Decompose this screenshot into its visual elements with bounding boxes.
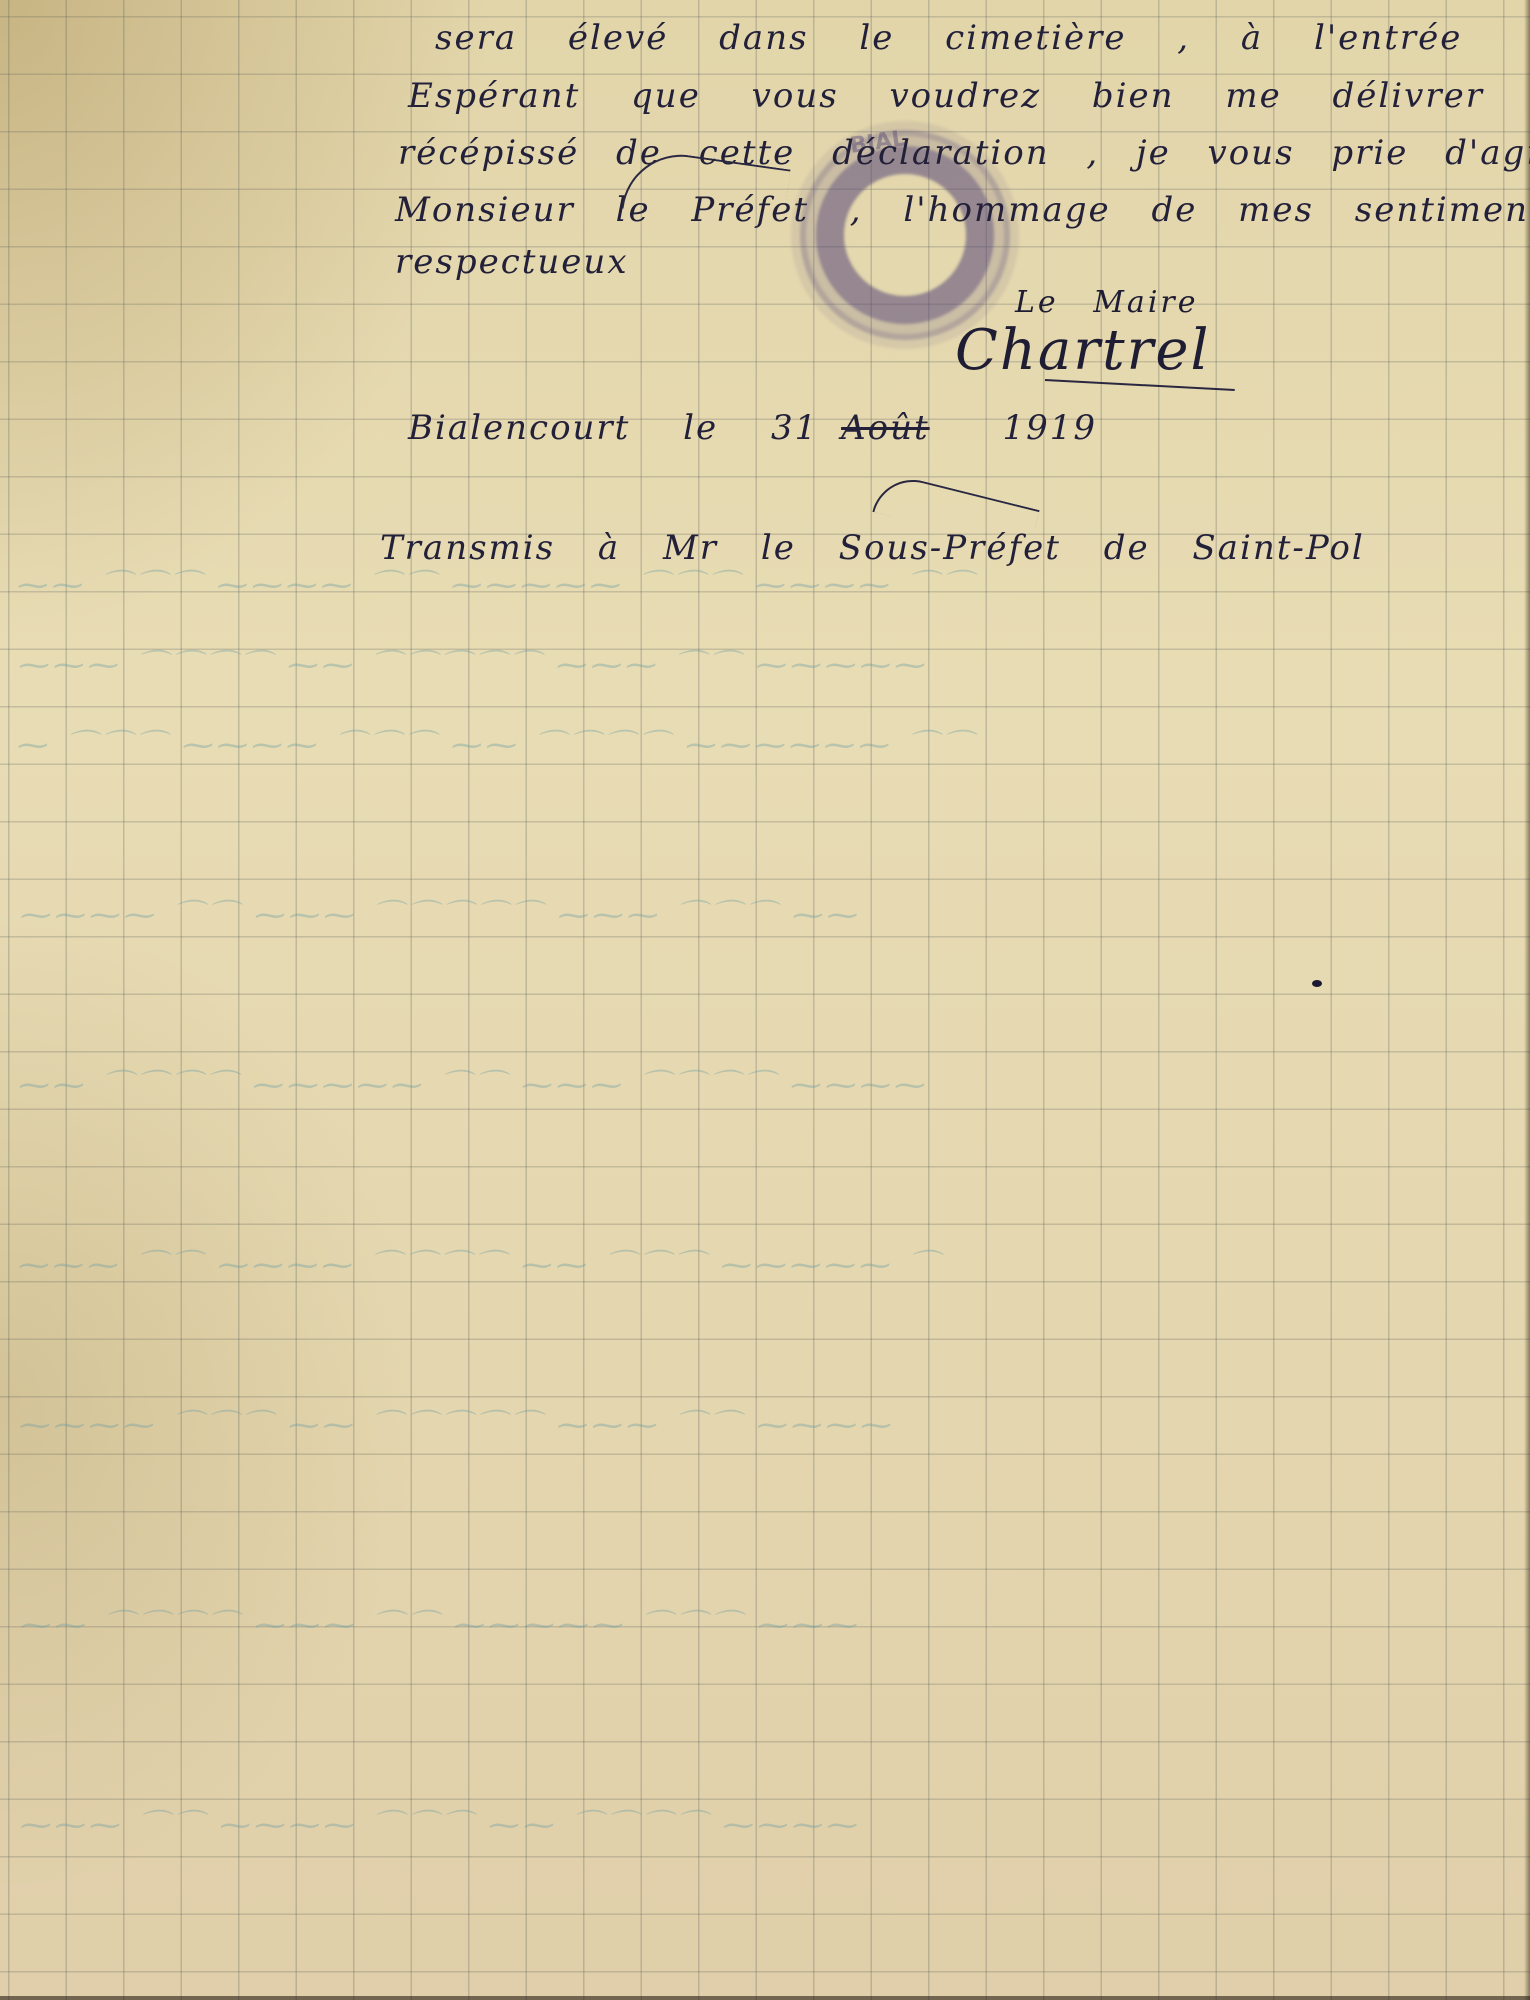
dateline-year: 1919: [1002, 408, 1097, 448]
bleed-through-text: ⁓⁓ ⌒⌒⌒⌒ ⁓⁓⁓⁓⁓ ⌒⌒ ⁓⁓⁓ ⌒⌒⌒⌒ ⁓⁓⁓⁓: [18, 1060, 929, 1104]
body-line-1: sera élevé dans le cimetière , à l'entré…: [435, 18, 1462, 58]
grid-lines: [0, 0, 1530, 2000]
bleed-through-text: ⁓⁓⁓ ⌒⌒ ⁓⁓⁓⁓ ⌒⌒⌒ ⁓⁓ ⌒⌒⌒⌒ ⁓⁓⁓⁓: [20, 1800, 861, 1844]
closing-title: Le Maire: [1015, 285, 1199, 320]
bleed-through-text: ⁓⁓⁓ ⌒⌒⌒⌒ ⁓⁓ ⌒⌒⌒⌒⌒ ⁓⁓⁓ ⌒⌒ ⁓⁓⁓⁓⁓: [18, 640, 929, 684]
page-bottom-edge: [0, 1996, 1530, 2000]
ink-spot: [1312, 980, 1322, 987]
bleed-through-text: ⁓⁓ ⌒⌒⌒⌒ ⁓⁓⁓ ⌒⌒ ⁓⁓⁓⁓⁓ ⌒⌒⌒ ⁓⁓⁓: [20, 1600, 861, 1644]
body-line-2: Espérant que vous voudrez bien me délivr…: [408, 76, 1530, 116]
transmittal-note: Transmis à Mr le Sous-Préfet de Saint-Po…: [380, 528, 1365, 568]
body-line-3: récépissé de cette déclaration , je vous…: [398, 133, 1530, 173]
body-line-5: respectueux: [395, 242, 629, 282]
bleed-through-text: ⁓⁓⁓⁓ ⌒⌒ ⁓⁓⁓ ⌒⌒⌒⌒⌒ ⁓⁓⁓ ⌒⌒⌒ ⁓⁓: [20, 890, 861, 934]
bleed-through-text: ⁓ ⌒⌒⌒ ⁓⁓⁓⁓ ⌒⌒⌒ ⁓⁓ ⌒⌒⌒⌒ ⁓⁓⁓⁓⁓⁓ ⌒⌒: [17, 720, 975, 764]
body-line-4: Monsieur le Préfet , l'hommage de mes se…: [395, 190, 1530, 230]
bleed-through-text: ⁓⁓⁓⁓ ⌒⌒⌒ ⁓⁓ ⌒⌒⌒⌒⌒ ⁓⁓⁓ ⌒⌒ ⁓⁓⁓⁓: [19, 1400, 895, 1444]
dateline: Bialencourt le 31 Août 1919: [408, 408, 1097, 448]
dateline-day: 31: [771, 408, 818, 448]
mayor-signature: Chartrel: [955, 318, 1210, 383]
page-edge-shadow: [1524, 0, 1530, 2000]
dateline-month: Août: [841, 408, 930, 448]
bleed-through-text: ⁓⁓⁓ ⌒⌒ ⁓⁓⁓⁓ ⌒⌒⌒⌒ ⁓⁓ ⌒⌒⌒ ⁓⁓⁓⁓⁓ ⌒: [18, 1240, 942, 1284]
dateline-prefix: le: [683, 408, 718, 448]
dateline-place: Bialencourt: [408, 408, 630, 448]
